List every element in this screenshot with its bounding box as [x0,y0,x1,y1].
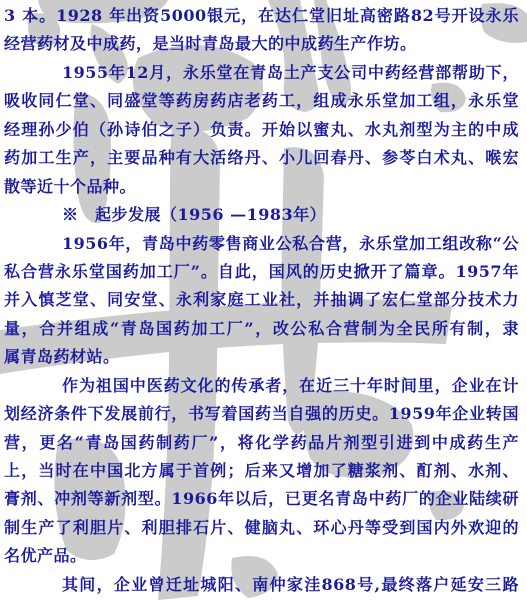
text-line: 作为祖国中医药文化的传承者，在近三十年时间里，企业在计 [4,372,519,400]
section-heading: ※ 起步发展（1956 —1983年） [4,201,519,229]
text-line: 吸收同仁堂、同盛堂等药房药店老药工，组成永乐堂加工组，永乐堂 [4,87,519,115]
text-line: 其间，企业曾迁址城阳、南仲家洼868号,最终落户延安三路 [4,571,519,599]
document-page: 3 本。1928 年出资5000银元，在达仁堂旧址高密路82号开设永乐堂， 经营… [0,0,527,600]
text-line: 1956年，青岛中药零售商业公私合营，永乐堂加工组改称“公 [4,230,519,258]
text-line: 并入慎芝堂、同安堂、永利家庭工业社，并抽调了宏仁堂部分技术力 [4,286,519,314]
text-line: 制生产了利胆片、利胆排石片、健脑丸、环心丹等受到国内外欢迎的 [4,514,519,542]
text-line: 1955年12月，永乐堂在青岛土产支公司中药经营部帮助下， [4,59,519,87]
text-line: 私合营永乐堂国药加工厂”。自此，国风的历史掀开了篇章。1957年 [4,258,519,286]
text-line: 属青岛药材站。 [4,343,519,371]
document-text: 3 本。1928 年出资5000银元，在达仁堂旧址高密路82号开设永乐堂， 经营… [0,0,527,600]
text-line: 散等近十个品种。 [4,173,519,201]
text-line: 经营药材及中成药，是当时青岛最大的中成药生产作坊。 [4,30,519,58]
text-line: 名优产品。 [4,542,519,570]
text-line: 量，合并组成“青岛国药加工厂”，改公私合营制为全民所有制，隶 [4,315,519,343]
text-line: 上，当时在中国北方属于首例；后来又增加了糖浆剂、酊剂、水剂、 [4,457,519,485]
text-line: 划经济条件下发展前行，书写着国药当自强的历史。1959年企业转国 [4,400,519,428]
text-line: 营，更名“青岛国药制药厂”，将化学药品片剂型引进到中成药生产 [4,429,519,457]
text-line: 经理孙少伯（孙诗伯之子）负责。开始以蜜丸、水丸剂型为主的中成 [4,116,519,144]
text-line: 3 本。1928 年出资5000银元，在达仁堂旧址高密路82号开设永乐堂， [4,2,519,30]
text-line: 膏剂、冲剂等新剂型。1966年以后，已更名青岛中药厂的企业陆续研 [4,485,519,513]
text-line: 药加工生产，主要品种有大活络丹、小儿回春丹、参苓白术丸、喉宏 [4,144,519,172]
